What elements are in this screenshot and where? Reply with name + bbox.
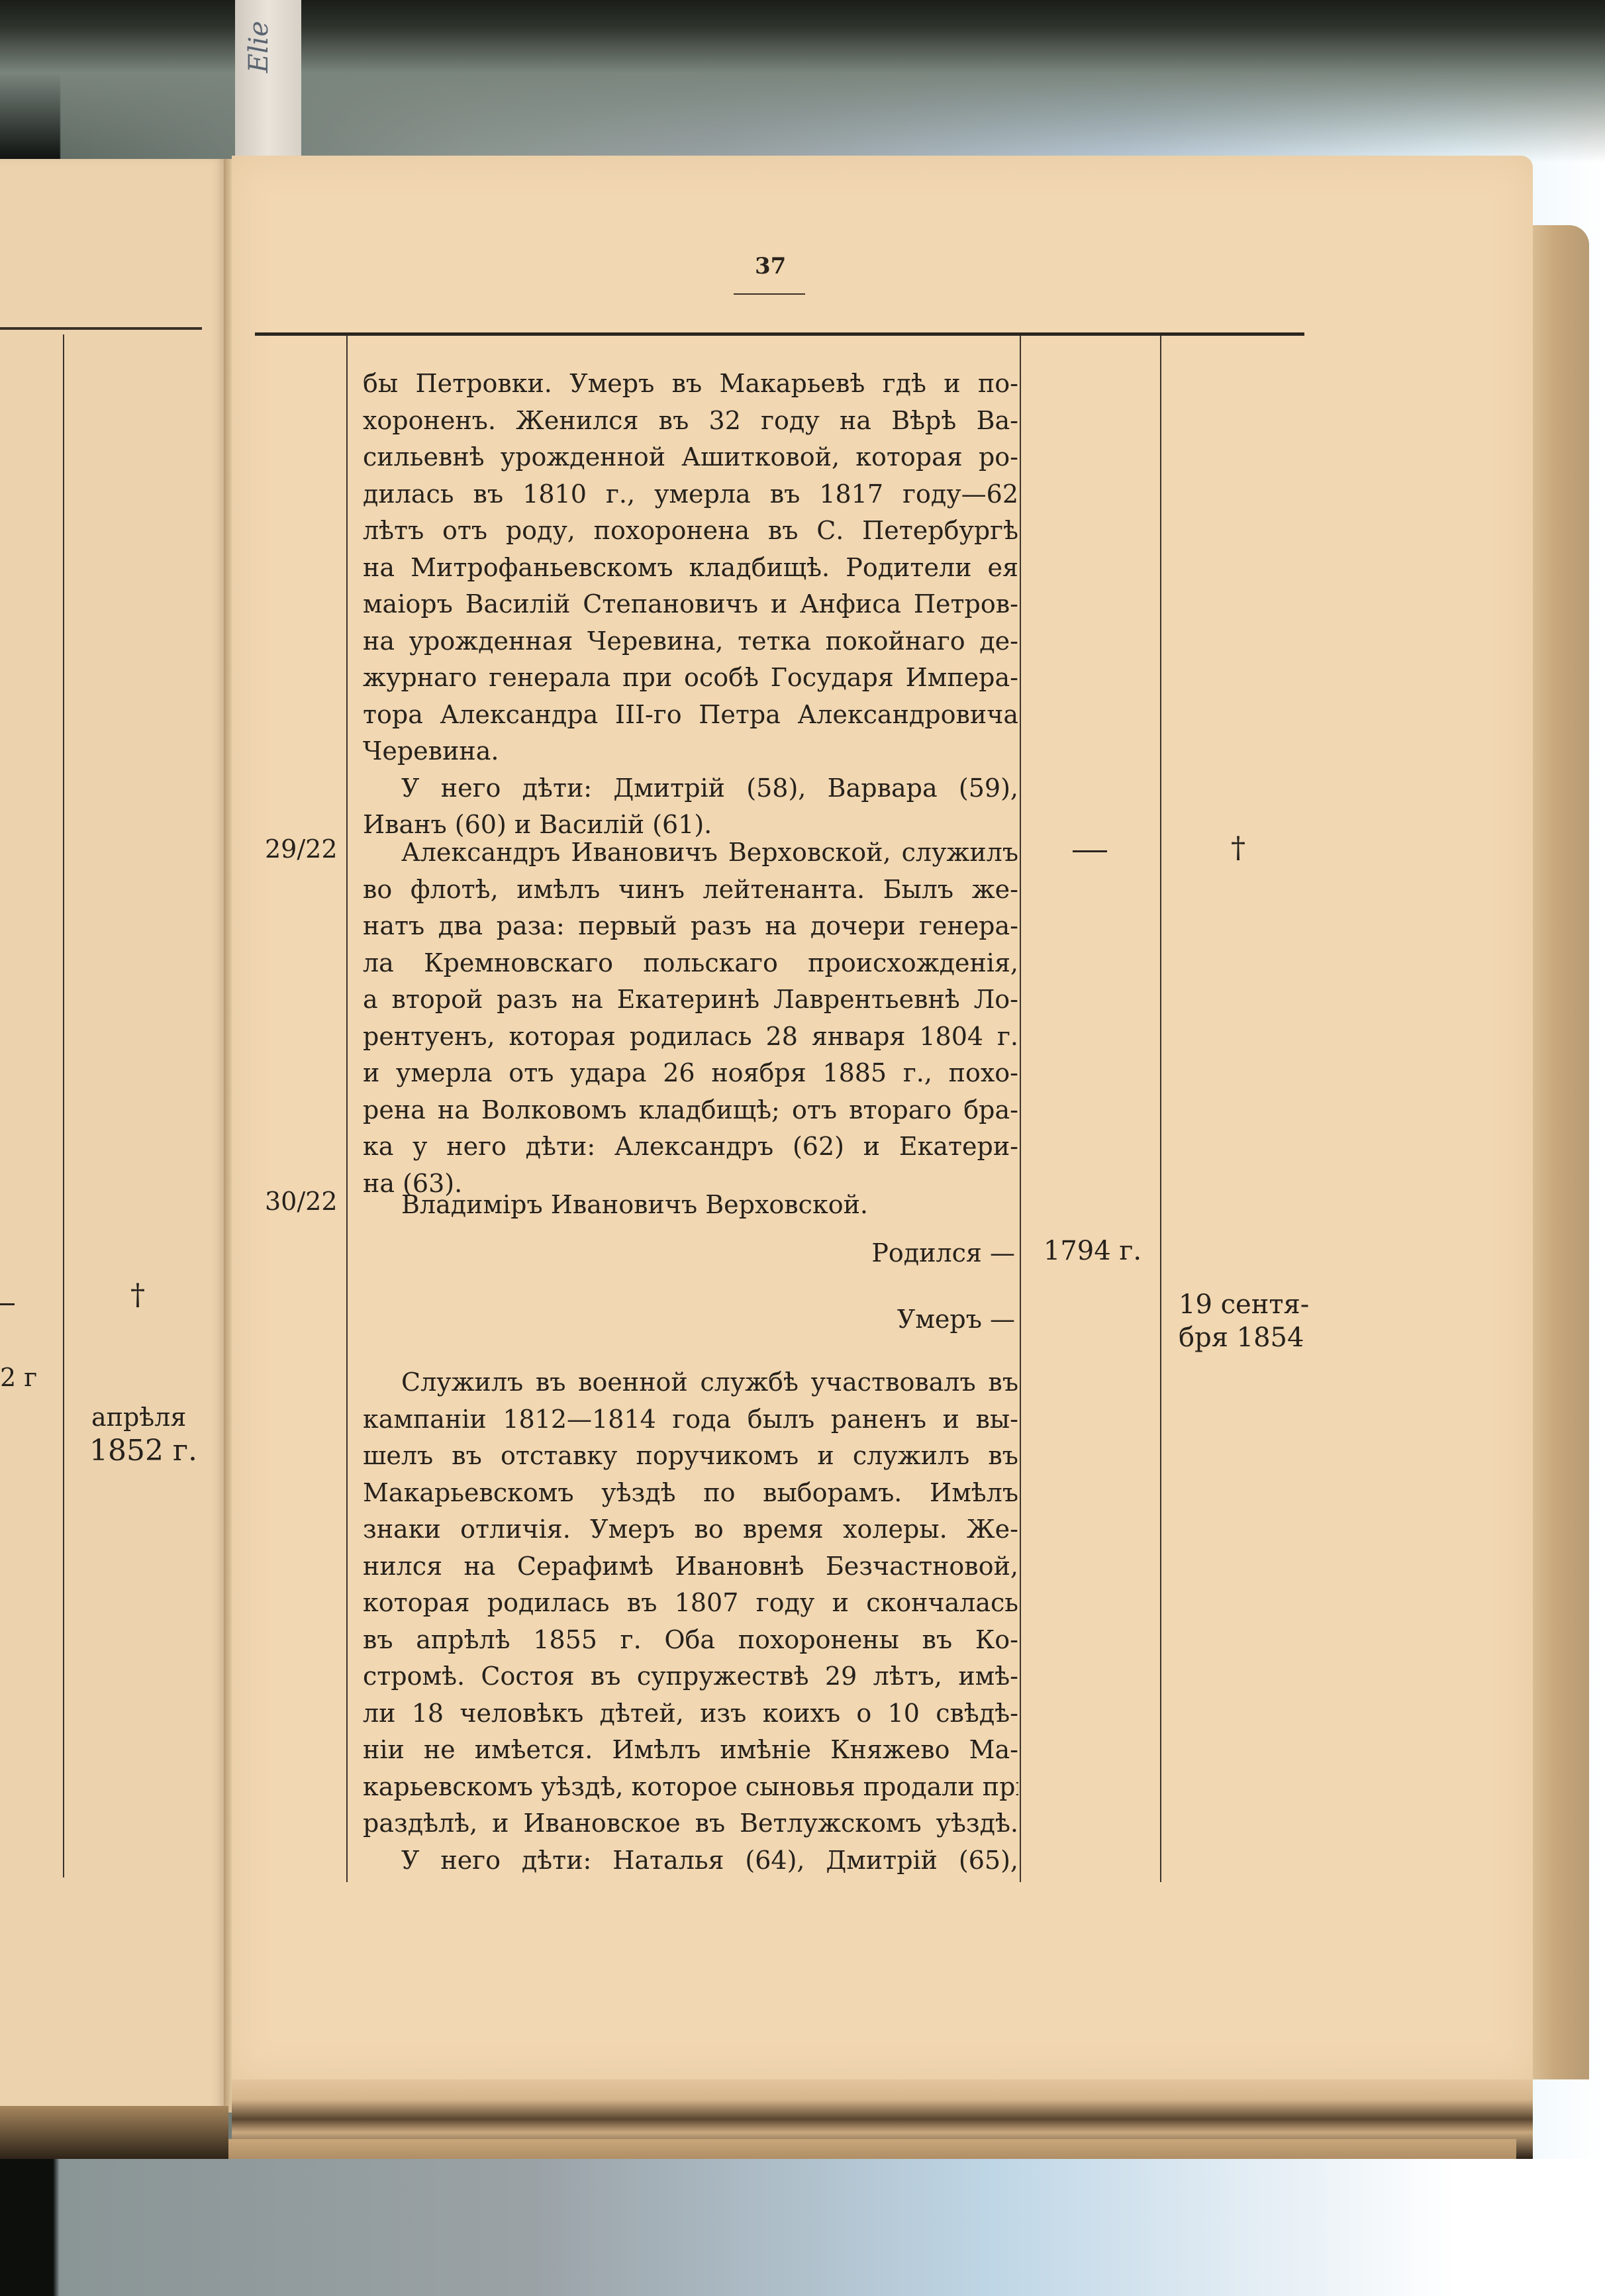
- died-value: 19 сентя- бря 1854: [1179, 1288, 1309, 1354]
- text-line: на Митрофаньевскомъ кладбищѣ. Родители е…: [363, 550, 1018, 587]
- scanner-background-bottom: [0, 2159, 1605, 2296]
- left-page-fragment: [0, 159, 228, 2113]
- text-line: на урожденная Черевина, тетка покойнаго …: [363, 623, 1018, 660]
- text-line: сильевнѣ урожденной Ашитковой, которая р…: [363, 439, 1018, 476]
- text-line: тора Александра III-го Петра Александров…: [363, 697, 1018, 734]
- born-value: 1794 г.: [1033, 1236, 1152, 1266]
- bookmark-handwritten-note: Elie: [244, 21, 274, 73]
- column-line-number: [346, 336, 348, 1882]
- text-line: ка у него дѣти: Александръ (62) и Екатер…: [363, 1128, 1018, 1166]
- text-line: а второй разъ на Екатеринѣ Лаврентьевнѣ …: [363, 981, 1018, 1019]
- text-line: маіоръ Василій Степановичъ и Анфиса Петр…: [363, 586, 1018, 623]
- text-line: стромѣ. Состоя въ супружествѣ 29 лѣтъ, и…: [363, 1658, 1018, 1695]
- born-label: Родился —: [363, 1238, 1015, 1268]
- text-line: журнаго генерала при особѣ Государя Импе…: [363, 660, 1018, 697]
- left-page-cross-icon: †: [119, 1278, 156, 1312]
- text-line: кампаніи 1812—1814 года былъ раненъ и вы…: [363, 1401, 1018, 1438]
- text-line: шелъ въ отставку поручикомъ и служилъ въ: [363, 1438, 1018, 1475]
- text-line: и умерла отъ удара 26 ноября 1885 г., по…: [363, 1055, 1018, 1092]
- text-line: знаки отличія. Умеръ во время холеры. Же…: [363, 1511, 1018, 1548]
- text-line: Макарьевскомъ уѣздѣ по выборамъ. Имѣлъ: [363, 1475, 1018, 1512]
- left-page-shadow: [0, 2106, 228, 2159]
- text-line: хороненъ. Женился въ 32 году на Вѣрѣ Ва-: [363, 403, 1018, 440]
- entry-continuation-text: бы Петровки. Умеръ въ Макарьевѣ гдѣ и по…: [363, 366, 1018, 844]
- children-line: У него дѣти: Наталья (64), Дмитрій (65),: [363, 1842, 1018, 1879]
- text-line: карьевскомъ уѣздѣ, которое сыновья прода…: [363, 1769, 1018, 1806]
- text-line: въ апрѣлѣ 1855 г. Оба похоронены въ Ко-: [363, 1622, 1018, 1659]
- died-value-line1: 19 сентя-: [1179, 1288, 1309, 1321]
- died-label: Умеръ —: [363, 1305, 1015, 1334]
- text-line: дилась въ 1810 г., умерла въ 1817 году—6…: [363, 476, 1018, 513]
- text-line: ла Кремновскаго польскаго происхожденія,: [363, 945, 1018, 982]
- left-page-partial-year: 2 г: [0, 1363, 37, 1392]
- children-line: У него дѣти: Дмитрій (58), Варвара (59),: [363, 770, 1018, 807]
- column-line-text: [1020, 336, 1021, 1882]
- text-line: раздѣлѣ, и Ивановское въ Ветлужскомъ уѣз…: [363, 1805, 1018, 1842]
- table-top-rule: [255, 332, 1304, 336]
- person-name: Владиміръ Ивановичъ Верховской.: [363, 1187, 1018, 1224]
- page-number-rule: [734, 293, 805, 295]
- text-line: которая родилась въ 1807 году и скончала…: [363, 1585, 1018, 1622]
- entry-number: 29/22: [265, 834, 348, 864]
- text-line: во флотѣ, имѣлъ чинъ лейтенанта. Былъ же…: [363, 872, 1018, 909]
- entry-29-22-text: Александръ Ивановичъ Верховской, служилъ…: [363, 834, 1018, 1202]
- text-line: рентуенъ, которая родилась 28 января 180…: [363, 1019, 1018, 1056]
- entry-30-22-text: Служилъ въ военной службѣ участвовалъ въ…: [363, 1364, 1018, 1879]
- column-line-born: [1160, 336, 1161, 1882]
- cross-icon: †: [1218, 831, 1258, 865]
- left-page-column-line: [63, 334, 64, 1877]
- text-line: лѣтъ отъ роду, похоронена въ С. Петербур…: [363, 513, 1018, 550]
- died-value-line2: бря 1854: [1179, 1321, 1309, 1354]
- entry-30-22-name: Владиміръ Ивановичъ Верховской.: [363, 1187, 1018, 1224]
- text-line: нился на Серафимѣ Ивановнѣ Безчастновой,: [363, 1548, 1018, 1585]
- born-dash: [1073, 850, 1107, 852]
- page-number: 37: [755, 253, 786, 279]
- text-line: Черевина.: [363, 733, 1018, 770]
- left-page-top-rule-2: [66, 327, 202, 330]
- text-line: бы Петровки. Умеръ въ Макарьевѣ гдѣ и по…: [363, 366, 1018, 403]
- text-line: ніи не имѣется. Имѣлъ имѣніе Княжево Ма-: [363, 1732, 1018, 1769]
- text-line: рена на Волковомъ кладбищѣ; отъ втораго …: [363, 1092, 1018, 1129]
- text-line: ли 18 человѣкъ дѣтей, изъ коихъ о 10 свѣ…: [363, 1695, 1018, 1732]
- left-page-dash: [0, 1303, 15, 1305]
- left-page-death-month: апрѣля: [91, 1403, 186, 1432]
- left-page-death-year: 1852 г.: [89, 1434, 197, 1468]
- text-line: натъ два раза: первый разъ на дочери ген…: [363, 908, 1018, 945]
- text-line: Служилъ въ военной службѣ участвовалъ въ: [363, 1364, 1018, 1401]
- entry-number: 30/22: [265, 1187, 348, 1216]
- page-edges-right: [1533, 225, 1589, 2079]
- text-line: Александръ Ивановичъ Верховской, служилъ: [363, 834, 1018, 872]
